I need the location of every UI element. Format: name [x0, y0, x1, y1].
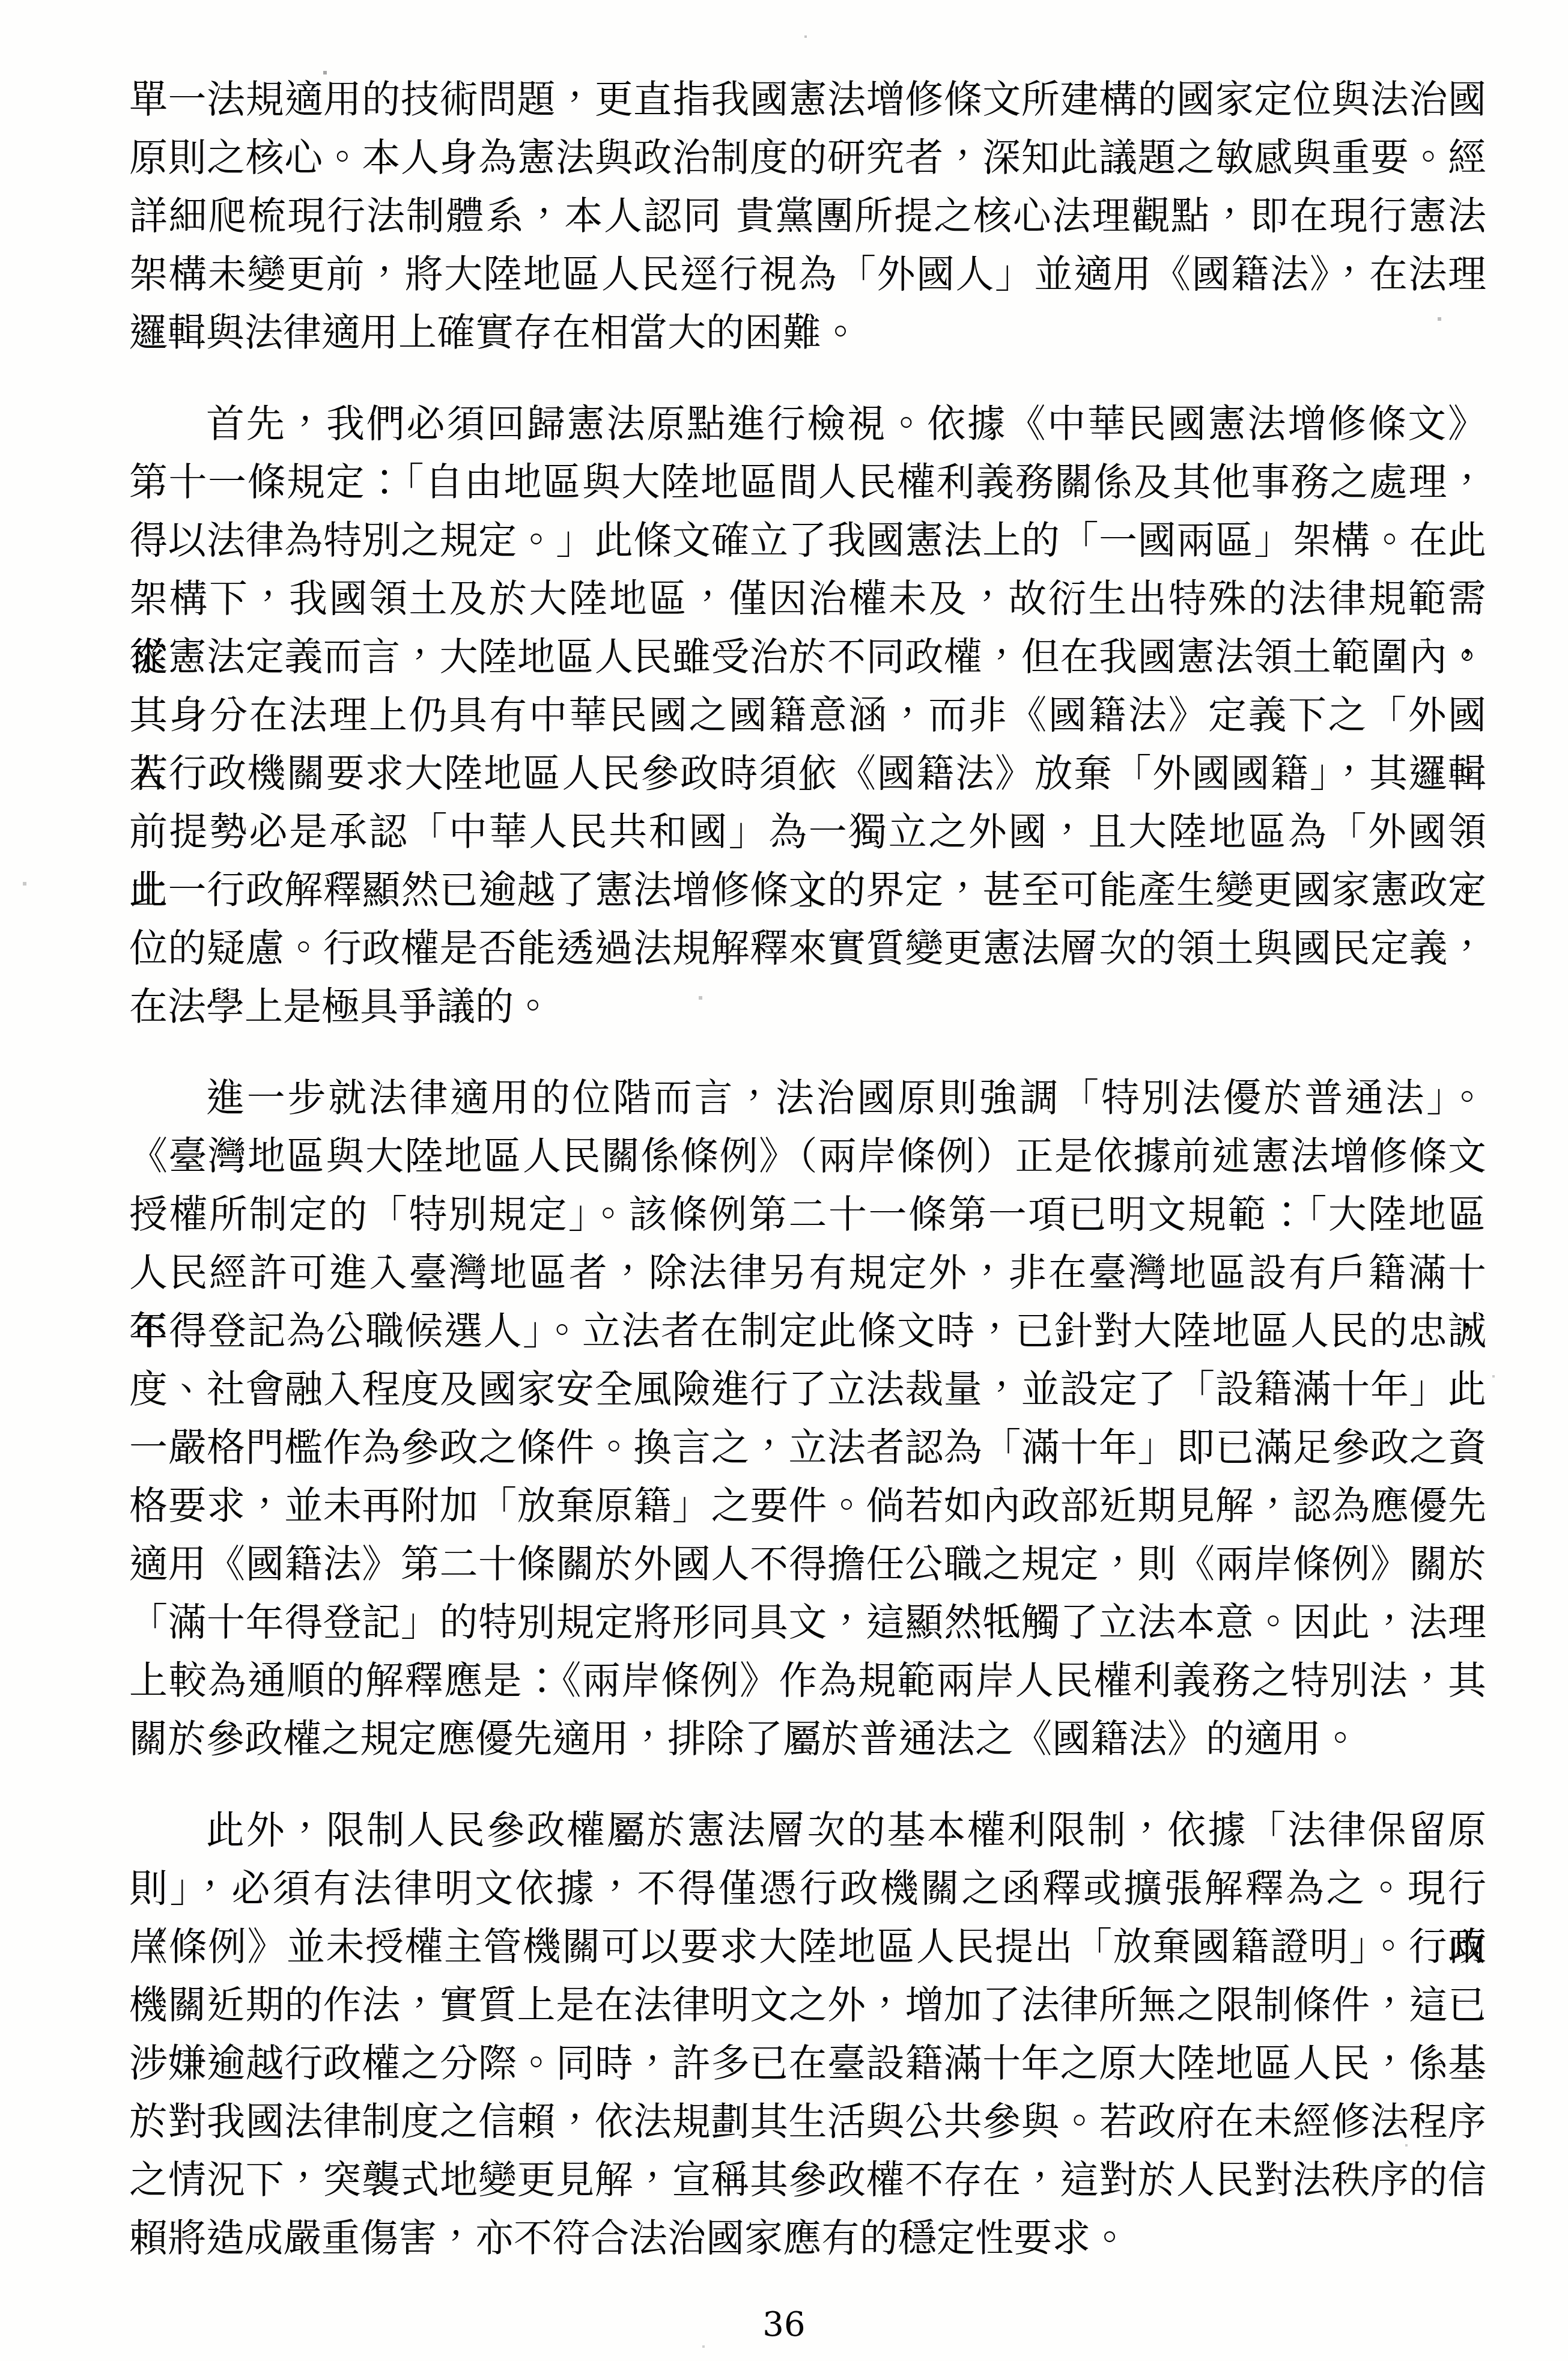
text-line: 之情況下，突襲式地變更見解，宣稱其參政權不存在，這對於人民對法秩序的信	[129, 2151, 1486, 2210]
text-line: 此外，限制人民參政權屬於憲法層次的基本權利限制，依據「法律保留原	[129, 1802, 1486, 1860]
text-line: 格要求，並未再附加「放棄原籍」之要件。倘若如內政部近期見解，認為應優先	[129, 1477, 1486, 1536]
text-line: 關於參政權之規定應優先適用，排除了屬於普通法之《國籍法》的適用。	[129, 1710, 1486, 1769]
page-number: 36	[0, 2305, 1568, 2345]
text-line: 人民經許可進入臺灣地區者，除法律另有規定外，非在臺灣地區設有戶籍滿十年，	[129, 1244, 1486, 1302]
text-line: 若行政機關要求大陸地區人民參政時須依《國籍法》放棄「外國國籍」，其邏輯	[129, 745, 1486, 803]
paragraph: 首先，我們必須回歸憲法原點進行檢視。依據《中華民國憲法增修條文》第十一條規定：「…	[129, 395, 1486, 1036]
text-line: 授權所制定的「特別規定」。該條例第二十一條第一項已明文規範：「大陸地區	[129, 1186, 1486, 1244]
text-line: 得以法律為特別之規定。」此條文確立了我國憲法上的「一國兩區」架構。在此	[129, 512, 1486, 570]
text-line: 此一行政解釋顯然已逾越了憲法增修條文的界定，甚至可能產生變更國家憲政定	[129, 861, 1486, 920]
text-line: 不得登記為公職候選人」。立法者在制定此條文時，已針對大陸地區人民的忠誠	[129, 1302, 1486, 1361]
text-line: 進一步就法律適用的位階而言，法治國原則強調「特別法優於普通法」。	[129, 1069, 1486, 1128]
document-page: 單一法規適用的技術問題，更直指我國憲法增修條文所建構的國家定位與法治國原則之核心…	[0, 0, 1568, 2361]
text-line: 前提勢必是承認「中華人民共和國」為一獨立之外國，且大陸地區為「外國領土」。	[129, 803, 1486, 861]
text-line: 架構未變更前，將大陸地區人民逕行視為「外國人」並適用《國籍法》，在法理	[129, 246, 1486, 304]
text-line: 在法學上是極具爭議的。	[129, 978, 1486, 1036]
text-line: 單一法規適用的技術問題，更直指我國憲法增修條文所建構的國家定位與法治國	[129, 71, 1486, 129]
text-line: 從憲法定義而言，大陸地區人民雖受治於不同政權，但在我國憲法領土範圍內，	[129, 628, 1486, 687]
text-line: 「滿十年得登記」的特別規定將形同具文，這顯然牴觸了立法本意。因此，法理	[129, 1594, 1486, 1652]
document-body: 單一法規適用的技術問題，更直指我國憲法增修條文所建構的國家定位與法治國原則之核心…	[129, 71, 1486, 2268]
text-line: 岸條例》並未授權主管機關可以要求大陸地區人民提出「放棄國籍證明」。行政	[129, 1918, 1486, 1977]
text-line: 度、社會融入程度及國家安全風險進行了立法裁量，並設定了「設籍滿十年」此	[129, 1361, 1486, 1419]
text-line: 上較為通順的解釋應是：《兩岸條例》作為規範兩岸人民權利義務之特別法，其	[129, 1652, 1486, 1710]
text-line: 一嚴格門檻作為參政之條件。換言之，立法者認為「滿十年」即已滿足參政之資	[129, 1419, 1486, 1477]
text-line: 位的疑慮。行政權是否能透過法規解釋來實質變更憲法層次的領土與國民定義，	[129, 920, 1486, 978]
text-line: 架構下，我國領土及於大陸地區，僅因治權未及，故衍生出特殊的法律規範需求。	[129, 570, 1486, 628]
text-line: 適用《國籍法》第二十條關於外國人不得擔任公職之規定，則《兩岸條例》關於	[129, 1536, 1486, 1594]
text-line: 賴將造成嚴重傷害，亦不符合法治國家應有的穩定性要求。	[129, 2210, 1486, 2268]
scan-noise-speckles	[0, 0, 1, 1]
paragraph: 進一步就法律適用的位階而言，法治國原則強調「特別法優於普通法」。《臺灣地區與大陸…	[129, 1069, 1486, 1769]
text-line: 原則之核心。本人身為憲法與政治制度的研究者，深知此議題之敏感與重要。經	[129, 129, 1486, 187]
text-line: 詳細爬梳現行法制體系，本人認同 貴黨團所提之核心法理觀點，即在現行憲法	[129, 187, 1486, 246]
paragraph: 單一法規適用的技術問題，更直指我國憲法增修條文所建構的國家定位與法治國原則之核心…	[129, 71, 1486, 362]
text-line: 機關近期的作法，實質上是在法律明文之外，增加了法律所無之限制條件，這已	[129, 1977, 1486, 2035]
paragraph: 此外，限制人民參政權屬於憲法層次的基本權利限制，依據「法律保留原則」，必須有法律…	[129, 1802, 1486, 2268]
text-line: 邏輯與法律適用上確實存在相當大的困難。	[129, 304, 1486, 362]
text-line: 第十一條規定：「自由地區與大陸地區間人民權利義務關係及其他事務之處理，	[129, 454, 1486, 512]
text-line: 《臺灣地區與大陸地區人民關係條例》（兩岸條例）正是依據前述憲法增修條文	[129, 1128, 1486, 1186]
text-line: 於對我國法律制度之信賴，依法規劃其生活與公共參與。若政府在未經修法程序	[129, 2093, 1486, 2151]
text-line: 其身分在法理上仍具有中華民國之國籍意涵，而非《國籍法》定義下之「外國人」。	[129, 687, 1486, 745]
text-line: 則」，必須有法律明文依據，不得僅憑行政機關之函釋或擴張解釋為之。現行《兩	[129, 1860, 1486, 1918]
text-line: 首先，我們必須回歸憲法原點進行檢視。依據《中華民國憲法增修條文》	[129, 395, 1486, 454]
text-line: 涉嫌逾越行政權之分際。同時，許多已在臺設籍滿十年之原大陸地區人民，係基	[129, 2035, 1486, 2093]
